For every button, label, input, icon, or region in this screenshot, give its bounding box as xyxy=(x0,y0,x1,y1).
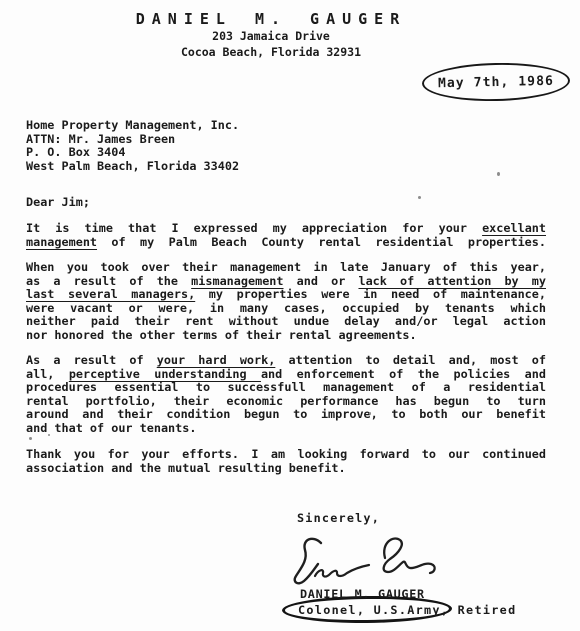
letterhead-name: DANIEL M. GAUGER xyxy=(0,10,542,28)
scan-speck xyxy=(29,437,32,440)
body-line: It is time that I expressed my appreciat… xyxy=(26,222,546,236)
text-segment: It is time that I expressed my appreciat… xyxy=(26,221,482,235)
text-segment: and or xyxy=(284,274,359,288)
paragraph-2: When you took over their management in l… xyxy=(26,261,546,342)
recipient-address: Home Property Management, Inc. ATTN: Mr.… xyxy=(26,119,239,173)
body-line: as a result of the mismanagement and or … xyxy=(26,275,546,289)
underlined-text-segment: management xyxy=(26,235,97,249)
text-segment: all, xyxy=(26,367,69,381)
letterhead-city: Cocoa Beach, Florida 32931 xyxy=(0,46,542,60)
text-segment: association and the mutual resulting ben… xyxy=(26,461,346,475)
recipient-pobox: P. O. Box 3404 xyxy=(26,146,239,160)
underlined-text-segment: perceptive understanding xyxy=(69,367,261,381)
text-segment: When you took over their management in l… xyxy=(26,260,546,274)
body-line: neither paid their rent without undue de… xyxy=(26,315,546,329)
signature-title-suffix: Retired xyxy=(449,603,516,617)
text-segment: As a result of xyxy=(26,353,157,367)
underlined-text-segment: last several managers, xyxy=(26,287,195,301)
text-segment: attention to detail and, most of xyxy=(275,353,546,367)
signature-icon xyxy=(285,534,443,588)
scan-speck xyxy=(48,434,50,436)
underlined-text-segment: your hard work, xyxy=(157,353,276,367)
signature-title: Colonel, U.S.Army, Retired xyxy=(298,603,516,617)
letterhead: DANIEL M. GAUGER 203 Jamaica Drive Cocoa… xyxy=(0,10,542,59)
text-segment: procedures essential to successfull mana… xyxy=(26,380,546,394)
text-segment: neither paid their rent without undue de… xyxy=(26,314,546,328)
text-segment: and enforcement of the policies and xyxy=(261,367,546,381)
underlined-text-segment: mismanagement xyxy=(191,274,283,288)
body-line: nor honored the other terms of their ren… xyxy=(26,329,463,343)
body-line: As a result of your hard work, attention… xyxy=(26,354,546,368)
date-circle-annotation: May 7th, 1986 xyxy=(422,61,571,102)
text-segment: rental portfolio, their economic perform… xyxy=(26,394,546,408)
letterhead-street: 203 Jamaica Drive xyxy=(0,30,542,44)
text-segment: and that of our tenants. xyxy=(26,421,196,435)
salutation: Dear Jim; xyxy=(26,195,90,209)
body-line: management of my Palm Beach County renta… xyxy=(26,236,546,250)
letter-date: May 7th, 1986 xyxy=(438,73,554,90)
body-line: rental portfolio, their economic perform… xyxy=(26,395,546,409)
recipient-city: West Palm Beach, Florida 33402 xyxy=(26,160,239,174)
body-line: procedures essential to successfull mana… xyxy=(26,381,546,395)
body-line: around and their condition begun to impr… xyxy=(26,408,546,422)
underlined-text-segment: lack of attention by my xyxy=(358,274,546,288)
signature-title-circled: Colonel, U.S.Army, xyxy=(298,603,449,617)
body-line: When you took over their management in l… xyxy=(26,261,546,275)
text-segment: were vacant or were, in many cases, occu… xyxy=(26,301,546,315)
recipient-company: Home Property Management, Inc. xyxy=(26,119,239,133)
handwritten-signature xyxy=(285,534,443,592)
text-segment: Thank you for your efforts. I am looking… xyxy=(26,447,546,461)
scan-speck xyxy=(418,196,421,199)
body-line: and that of our tenants. xyxy=(26,422,546,436)
body-line: last several managers, my properties wer… xyxy=(26,288,546,302)
paragraph-4: Thank you for your efforts. I am looking… xyxy=(26,448,546,475)
text-segment: around and their condition begun to impr… xyxy=(26,407,546,421)
text-segment: nor honored the other terms of their ren… xyxy=(26,328,417,342)
recipient-attn: ATTN: Mr. James Breen xyxy=(26,133,239,147)
body-line: all, perceptive understanding and enforc… xyxy=(26,368,546,382)
scanned-letter-page: DANIEL M. GAUGER 203 Jamaica Drive Cocoa… xyxy=(0,0,580,631)
body-line: were vacant or were, in many cases, occu… xyxy=(26,302,546,316)
scan-speck xyxy=(369,412,371,415)
underlined-text-segment: excellant xyxy=(482,221,546,235)
text-segment: my properties were in need of maintenanc… xyxy=(195,287,546,301)
valediction: Sincerely, xyxy=(297,511,380,525)
signature-typed-name: DANIEL M. GAUGER xyxy=(300,587,425,601)
body-line: association and the mutual resulting ben… xyxy=(26,462,546,476)
paragraph-3: As a result of your hard work, attention… xyxy=(26,354,546,435)
scan-speck xyxy=(497,172,500,176)
text-segment: as a result of the xyxy=(26,274,191,288)
body-line: Thank you for your efforts. I am looking… xyxy=(26,448,546,462)
paragraph-1: It is time that I expressed my appreciat… xyxy=(26,222,546,249)
text-segment: of my Palm Beach County rental residenti… xyxy=(97,235,546,249)
